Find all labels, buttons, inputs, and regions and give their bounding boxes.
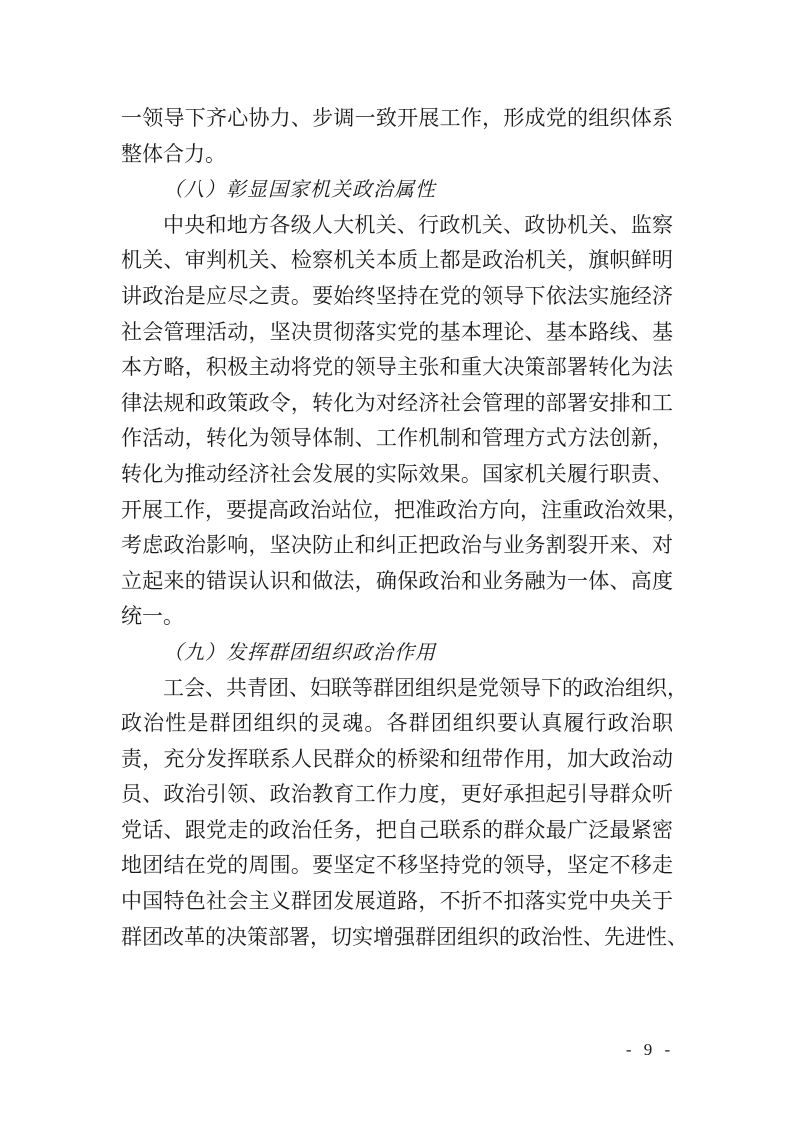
text-line: 一领导下齐心协力、步调一致开展工作，形成党的组织体系: [121, 101, 673, 137]
section-heading-9: （九）发挥群团组织政治作用: [121, 635, 673, 671]
section-heading-8: （八）彰显国家机关政治属性: [121, 172, 673, 208]
text-line: 考虑政治影响，坚决防止和纠正把政治与业务割裂开来、对: [121, 528, 673, 564]
text-line: 地团结在党的周围。要坚定不移坚持党的领导，坚定不移走: [121, 848, 673, 884]
page-number: - 9 -: [620, 1040, 680, 1060]
text-line: 讲政治是应尽之责。要始终坚持在党的领导下依法实施经济: [121, 279, 673, 315]
document-page: 一领导下齐心协力、步调一致开展工作，形成党的组织体系 整体合力。 （八）彰显国家…: [0, 0, 794, 1123]
text-line: 中国特色社会主义群团发展道路，不折不扣落实党中央关于: [121, 884, 673, 920]
text-line: 群团改革的决策部署，切实增强群团组织的政治性、先进性、: [121, 920, 673, 956]
text-line: 党话、跟党走的政治任务，把自己联系的群众最广泛最紧密: [121, 813, 673, 849]
text-line: 社会管理活动，坚决贯彻落实党的基本理论、基本路线、基: [121, 315, 673, 351]
text-line: 员、政治引领、政治教育工作力度，更好承担起引导群众听: [121, 777, 673, 813]
text-line: 律法规和政策政令，转化为对经济社会管理的部署安排和工: [121, 386, 673, 422]
text-line: 责，充分发挥联系人民群众的桥梁和纽带作用，加大政治动: [121, 742, 673, 778]
text-line: 工会、共青团、妇联等群团组织是党领导下的政治组织，: [121, 671, 673, 707]
text-line: 政治性是群团组织的灵魂。各群团组织要认真履行政治职: [121, 706, 673, 742]
text-line: 中央和地方各级人大机关、行政机关、政协机关、监察: [121, 208, 673, 244]
text-line: 本方略，积极主动将党的领导主张和重大决策部署转化为法: [121, 350, 673, 386]
text-line: 开展工作，要提高政治站位，把准政治方向，注重政治效果，: [121, 493, 673, 529]
text-line: 机关、审判机关、检察机关本质上都是政治机关，旗帜鲜明: [121, 243, 673, 279]
text-line: 统一。: [121, 599, 673, 635]
text-line: 整体合力。: [121, 137, 673, 173]
text-line: 立起来的错误认识和做法，确保政治和业务融为一体、高度: [121, 564, 673, 600]
text-line: 作活动，转化为领导体制、工作机制和管理方式方法创新，: [121, 421, 673, 457]
text-line: 转化为推动经济社会发展的实际效果。国家机关履行职责、: [121, 457, 673, 493]
body-text: 一领导下齐心协力、步调一致开展工作，形成党的组织体系 整体合力。 （八）彰显国家…: [121, 101, 673, 955]
